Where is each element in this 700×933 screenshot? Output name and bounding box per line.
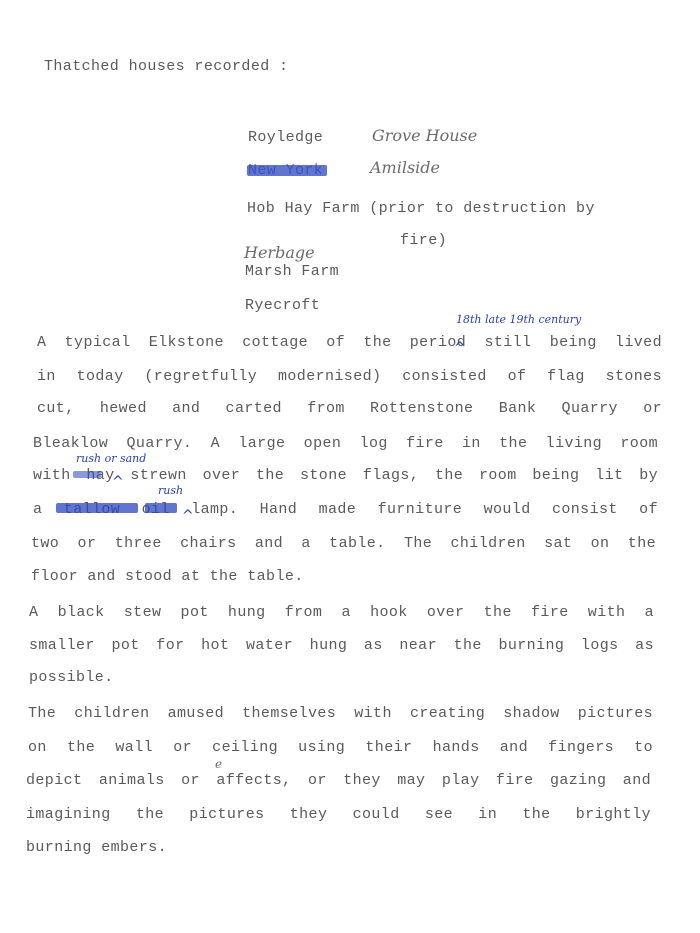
handwritten-herbage: Herbage [244, 243, 315, 262]
strikeout-tallow [56, 503, 138, 513]
heading: Thatched houses recorded : [44, 58, 288, 75]
insert-caret: ^ [112, 474, 124, 490]
strikeout-scribble [247, 165, 327, 176]
strikeout-oil [145, 503, 177, 513]
text-line: imagining the pictures they could see in… [26, 806, 651, 823]
annotation-e-correction: e [215, 757, 222, 771]
text-line: in today (regretfully modernised) consis… [37, 368, 662, 385]
text-line: possible. [29, 669, 114, 686]
house-ryecroft: Ryecroft [245, 297, 320, 314]
text-line: depict animals or affects, or they may p… [26, 772, 651, 789]
text-line: A typical Elkstone cottage of the period… [37, 334, 662, 351]
handwritten-grove-house: Grove House [372, 126, 477, 145]
text-line: on the wall or ceiling using their hands… [28, 739, 653, 756]
annotation-rush-or-sand: rush or sand [76, 452, 146, 465]
strikeout-hay [73, 471, 101, 478]
handwritten-amilside: Amilside [370, 158, 440, 177]
house-hob-hay-farm: Hob Hay Farm (prior to destruction by [247, 200, 595, 217]
text-line: A black stew pot hung from a hook over t… [29, 604, 654, 621]
house-hob-hay-farm-cont: fire) [400, 232, 447, 249]
text-line: Bleaklow Quarry. A large open log fire i… [33, 435, 658, 452]
house-royledge: Royledge [248, 129, 323, 146]
insert-caret: ^ [454, 340, 466, 356]
annotation-period: 18th late 19th century [456, 313, 581, 326]
text-line: The children amused themselves with crea… [28, 705, 653, 722]
text-line: two or three chairs and a table. The chi… [31, 535, 656, 552]
text-line: burning embers. [26, 839, 167, 856]
insert-caret: ^ [182, 508, 194, 524]
house-marsh-farm: Marsh Farm [245, 263, 339, 280]
annotation-rush: rush [158, 484, 183, 497]
text-line: floor and stood at the table. [31, 568, 304, 585]
text-line: cut, hewed and carted from Rottenstone B… [37, 400, 662, 417]
text-line: smaller pot for hot water hung as near t… [29, 637, 654, 654]
text-line: with hay strewn over the stone flags, th… [33, 467, 658, 484]
